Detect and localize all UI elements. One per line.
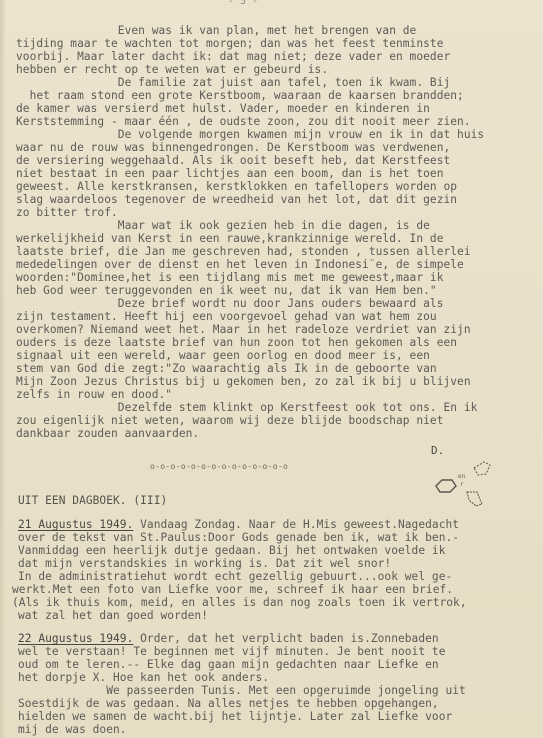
text-line: Even was ik van plan, met het brengen va…: [16, 24, 416, 37]
diary-entry-first-line: 21 Augustus 1949. Vandaag Zondag. Naar d…: [18, 518, 459, 531]
text-line: over de tekst van St.Paulus:Door Gods ge…: [18, 531, 459, 544]
text-line: Vanmiddag een heerlijk dutje gedaan. Bij…: [18, 544, 445, 557]
text-line: het raam stond een grote Kerstboom, waar…: [16, 89, 464, 102]
text-line: woorden:"Dominee,het is een tijdlang mis…: [16, 271, 443, 284]
text-line: De familie zat juist aan tafel, toen ik …: [16, 76, 450, 89]
text-line: de kamer was versierd met hulst. Vader, …: [16, 102, 430, 115]
text-line: Soestdijk de was gedaan. Na alles netjes…: [18, 697, 439, 710]
text-line: zelfs in rouw en dood.": [16, 388, 172, 401]
text-line: niet bestaat in een paar lichtjes aan ee…: [16, 167, 443, 180]
diary-heading: UIT EEN DAGBOEK. (III): [18, 494, 167, 507]
text-line: oud om te leren.-- Elke dag gaan mijn ge…: [18, 658, 439, 671]
text-line: zo bitter trof.: [16, 206, 118, 219]
text-line: mededelingen over de dienst en het leven…: [16, 258, 464, 271]
text-line: heb God weer teruggevonden en ik weet nu…: [16, 284, 437, 297]
text-line: werkelijkheid van Kerst in een rauwe,kra…: [16, 232, 443, 245]
section-separator: o-o-o-o-o-o-o-o-o-o-o-o-o-o: [150, 462, 288, 471]
text-line: geweest. Alle kerstkransen, kerstklokken…: [16, 180, 457, 193]
text-line: Order, dat het verplicht baden is.Zonneb…: [133, 632, 438, 645]
text-line: Deze brief wordt nu door Jans ouders bew…: [16, 297, 443, 310]
text-line: dat mijn verstandskies in working is. Da…: [18, 557, 391, 570]
text-line: het dorpje X. Hoe kan het ook anders.: [18, 671, 269, 684]
text-line: Mijn Zoon Jezus Christus bij u gekomen b…: [16, 375, 471, 388]
page-number: - 5 -: [228, 0, 258, 7]
text-line: mij de was doen.: [18, 723, 127, 736]
text-line: In de administratiehut wordt echt gezell…: [18, 570, 452, 583]
text-line: hebben er recht op te weten wat er gebeu…: [16, 63, 328, 76]
entry-date: 22 Augustus 1949.: [18, 632, 133, 645]
text-line: hielden we samen de wacht.bij het lijntj…: [18, 710, 452, 723]
text-line: stem van God die zegt:"Zo waarachtig als…: [16, 362, 437, 375]
text-line: dankbaar zouden aanvaarden.: [16, 427, 199, 440]
svg-text:r: r: [460, 481, 464, 488]
text-line: ouders is deze laatste brief van hun zoo…: [16, 336, 457, 349]
text-line: overkomen? Niemand weet het. Maar in het…: [16, 323, 471, 336]
svg-text:en: en: [458, 473, 466, 480]
page-binding-edge: [0, 0, 5, 738]
text-line: Vandaag Zondag. Naar de H.Mis geweest.Na…: [133, 518, 459, 531]
text-line: zijn testament. Heeft hij een voorgevoel…: [16, 310, 437, 323]
text-line: wel te verstaan! Te beginnen met vijf mi…: [18, 645, 445, 658]
text-line: waar nu de rouw was binnengedrongen. De …: [16, 141, 450, 154]
text-line: Dezelfde stem klinkt op Kerstfeest ook t…: [16, 401, 477, 414]
typewritten-page: - 5 - Even was ik van plan, met het bren…: [0, 0, 543, 738]
entry-date: 21 Augustus 1949.: [18, 518, 133, 531]
text-line: wat zal het dan goed worden!: [18, 609, 208, 622]
text-line: We passeerden Tunis. Met een opgeruimde …: [18, 684, 466, 697]
text-line: voorbij. Maar later dacht ik: dat mag ni…: [16, 50, 450, 63]
text-line: De volgende morgen kwamen mijn vrouw en …: [16, 128, 484, 141]
text-line: werkt.Met een foto van Liefke voor me, s…: [12, 583, 453, 596]
text-line: Kerststemming - maar één , de oudste zoo…: [16, 115, 471, 128]
text-line: Maar wat ik ook gezien heb in die dagen,…: [16, 219, 430, 232]
text-line: laatste brief, die Jan me geschreven had…: [16, 245, 471, 258]
text-line: tijding maar te wachten tot morgen; dan …: [16, 37, 443, 50]
text-line: zou eigenlijk niet weten, waarom wij dez…: [16, 414, 443, 427]
text-line: de versiering weggehaald. Als ik ooit be…: [16, 154, 450, 167]
ink-stamp-icon: en r: [430, 448, 500, 508]
text-line: (Als ik thuis kom, meid, en alles is dan…: [12, 596, 467, 609]
diary-entry-first-line: 22 Augustus 1949. Order, dat het verplic…: [18, 632, 439, 645]
text-line: signaal uit een wereld, waar geen oorlog…: [16, 349, 430, 362]
text-line: slag waardeloos tegenover de wreedheid v…: [16, 193, 457, 206]
